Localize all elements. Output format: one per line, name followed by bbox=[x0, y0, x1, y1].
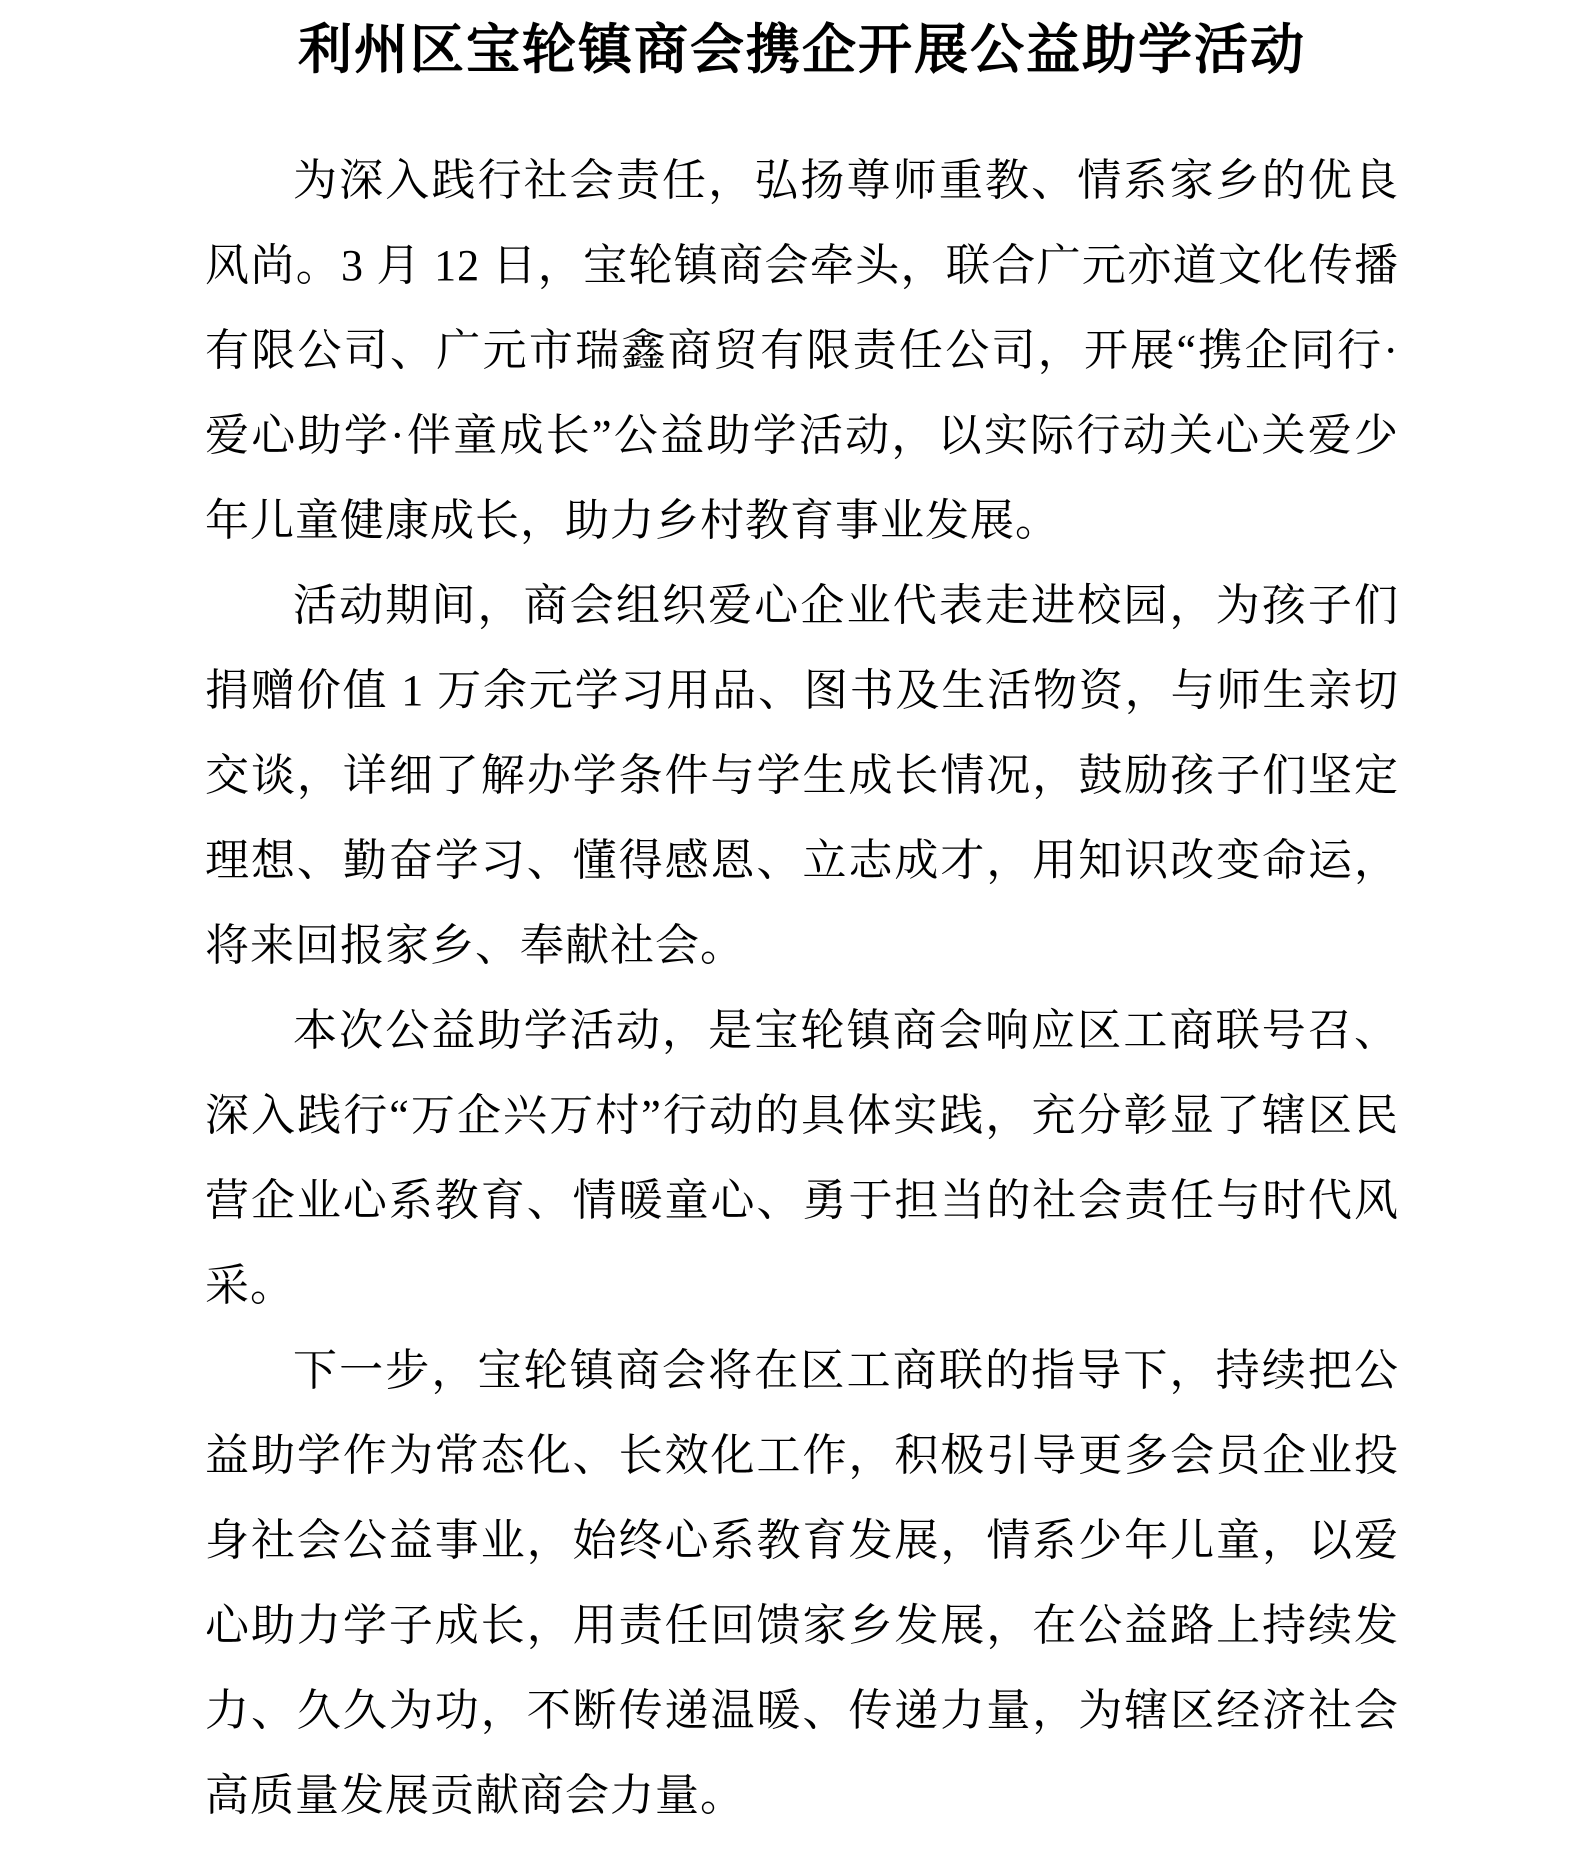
document-body: 为深入践行社会责任，弘扬尊师重教、情系家乡的优良风尚。3 月 12 日，宝轮镇商… bbox=[205, 138, 1399, 1838]
paragraph: 下一步，宝轮镇商会将在区工商联的指导下，持续把公益助学作为常态化、长效化工作，积… bbox=[205, 1328, 1399, 1838]
document-title: 利州区宝轮镇商会携企开展公益助学活动 bbox=[205, 10, 1399, 90]
document-content: 利州区宝轮镇商会携企开展公益助学活动 为深入践行社会责任，弘扬尊师重教、情系家乡… bbox=[0, 0, 1587, 1838]
document-page: 利州区宝轮镇商会携企开展公益助学活动 为深入践行社会责任，弘扬尊师重教、情系家乡… bbox=[0, 0, 1587, 1853]
paragraph: 为深入践行社会责任，弘扬尊师重教、情系家乡的优良风尚。3 月 12 日，宝轮镇商… bbox=[205, 138, 1399, 563]
paragraph: 本次公益助学活动，是宝轮镇商会响应区工商联号召、深入践行“万企兴万村”行动的具体… bbox=[205, 988, 1399, 1328]
paragraph: 活动期间，商会组织爱心企业代表走进校园，为孩子们捐赠价值 1 万余元学习用品、图… bbox=[205, 563, 1399, 988]
